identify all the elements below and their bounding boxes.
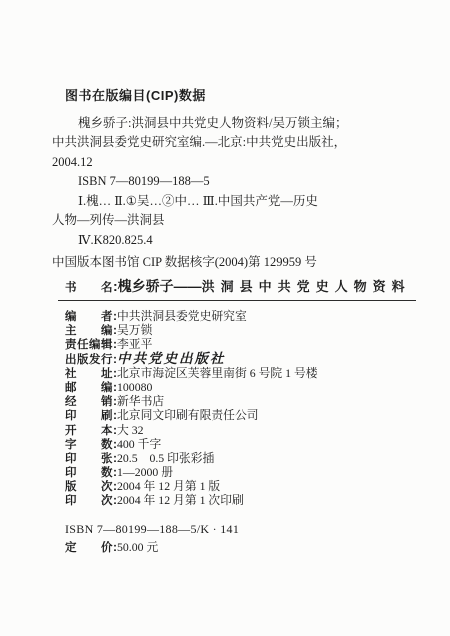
row-value: 北京市海淀区芙蓉里南街 6 号院 1 号楼	[117, 366, 318, 380]
row-label: 印 张	[65, 453, 113, 465]
row-label: 出版发行	[65, 354, 113, 366]
row-label: 邮 编	[65, 382, 113, 394]
colophon-row-responsible-editor: 责任编辑:李亚平	[65, 337, 417, 351]
colophon-row-distributor: 经 销:新华书店	[65, 394, 417, 408]
cip-classification-line-3: Ⅳ.K820.825.4	[52, 231, 424, 251]
cip-classification-line-2: 人物—列传—洪洞县	[52, 211, 424, 231]
colophon-row-sheets: 印 张:20.5 0.5 印张彩插	[65, 451, 417, 465]
colophon-row-chief-editor: 主 编:吴万锁	[65, 323, 417, 337]
cip-description-line-1: 槐乡骄子:洪洞县中共党史人物资料/吴万锁主编；	[52, 114, 424, 134]
title-label: 书 名	[65, 282, 113, 294]
row-label: 版 次	[65, 481, 113, 493]
row-label: 责任编辑	[65, 339, 113, 351]
colophon-row-editor-org: 编 者:中共洪洞县委党史研究室	[65, 309, 417, 323]
title-main: 槐乡骄子	[118, 278, 174, 294]
book-title-row: 书 名:槐乡骄子——洪洞县中共党史人物资料	[65, 276, 417, 296]
book-copyright-page: 图书在版编目(CIP)数据 槐乡骄子:洪洞县中共党史人物资料/吴万锁主编； 中共…	[0, 0, 450, 636]
row-label: 印 刷	[65, 410, 113, 422]
cip-record-number: 中国版本图书馆 CIP 数据核字(2004)第 129959 号	[52, 253, 424, 273]
row-value: 400 千字	[117, 437, 161, 451]
row-label: 编 者	[65, 311, 113, 323]
cip-header: 图书在版编目(CIP)数据	[65, 86, 424, 106]
row-value: 大 32	[117, 423, 144, 437]
row-value: 新华书店	[117, 394, 164, 408]
row-label: 印 次	[65, 495, 113, 507]
row-label: 字 数	[65, 439, 113, 451]
cip-classification-line-1: Ⅰ.槐… Ⅱ.①吴…②中… Ⅲ.中国共产党—历史	[52, 192, 424, 212]
cip-isbn: ISBN 7—80199—188—5	[52, 172, 424, 192]
row-value: 50.00 元	[117, 540, 158, 554]
colophon-row-printer: 印 刷:北京同文印刷有限责任公司	[65, 408, 417, 422]
row-label: 印 数	[65, 467, 113, 479]
row-label: 经 销	[65, 396, 113, 408]
row-value: 20.5 0.5 印张彩插	[117, 451, 214, 465]
colophon-row-print-run: 印 数:1—2000 册	[65, 465, 417, 479]
row-value: 100080	[117, 380, 152, 394]
row-value: 北京同文印刷有限责任公司	[117, 408, 259, 422]
colophon-row-address: 社 址:北京市海淀区芙蓉里南街 6 号院 1 号楼	[65, 366, 417, 380]
colophon-row-format: 开 本:大 32	[65, 423, 417, 437]
divider-rule	[58, 300, 416, 301]
cip-data-block: 图书在版编目(CIP)数据 槐乡骄子:洪洞县中共党史人物资料/吴万锁主编； 中共…	[52, 86, 424, 273]
cip-description-line-3: 2004.12	[52, 153, 424, 173]
colophon-row-impression: 印 次:2004 年 12 月第 1 次印刷	[65, 493, 417, 507]
colophon-row-price: 定 价:50.00 元	[65, 539, 417, 555]
publisher-logotype: 中共党史出版社	[117, 351, 226, 366]
row-label: 定 价	[65, 542, 113, 554]
colophon-row-word-count: 字 数:400 千字	[65, 437, 417, 451]
row-value: 吴万锁	[117, 323, 152, 337]
row-value: 1—2000 册	[117, 465, 173, 479]
row-label: 主 编	[65, 325, 113, 337]
isbn-price-code: ISBN 7—80199—188—5/K · 141	[65, 521, 417, 537]
colophon-row-postcode: 邮 编:100080	[65, 380, 417, 394]
row-value: 李亚平	[117, 337, 152, 351]
row-value: 2004 年 12 月第 1 次印刷	[117, 493, 244, 507]
colophon-row-publisher: 出版发行:中共党史出版社	[65, 352, 417, 366]
row-value: 2004 年 12 月第 1 版	[117, 479, 220, 493]
title-dash: ——	[174, 278, 202, 294]
colophon-block: 书 名:槐乡骄子——洪洞县中共党史人物资料 编 者:中共洪洞县委党史研究室 主 …	[65, 276, 417, 555]
row-value: 中共洪洞县委党史研究室	[117, 309, 247, 323]
cip-description-line-2: 中共洪洞县委党史研究室编.—北京:中共党史出版社，	[52, 133, 424, 153]
row-label: 开 本	[65, 425, 113, 437]
row-label: 社 址	[65, 368, 113, 380]
colophon-row-edition: 版 次:2004 年 12 月第 1 版	[65, 479, 417, 493]
title-subtitle: 洪洞县中共党史人物资料	[202, 279, 411, 294]
